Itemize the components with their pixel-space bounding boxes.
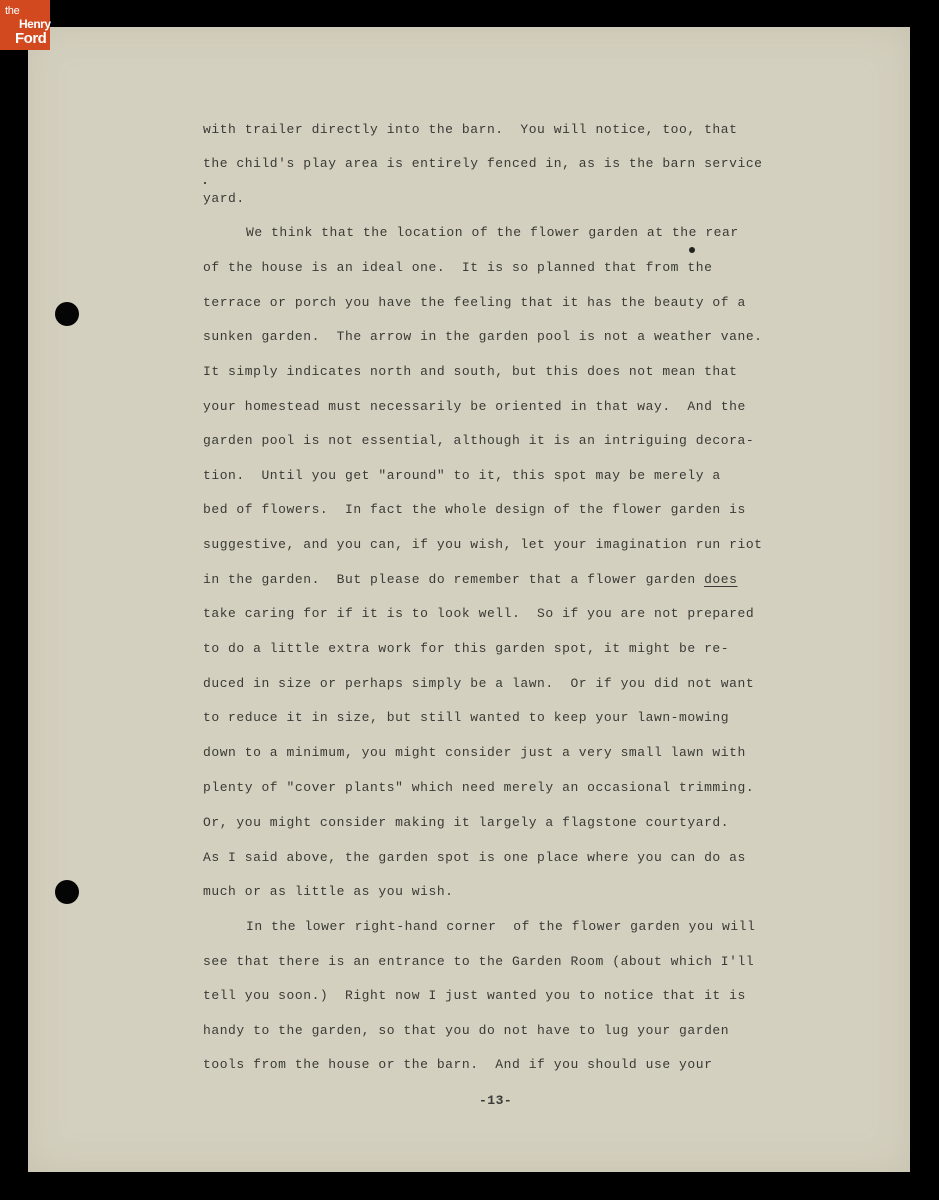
logo-text-henry: Henry — [19, 18, 51, 30]
text-line: with trailer directly into the barn. You… — [203, 122, 737, 138]
underlined-word: does — [704, 572, 737, 587]
text-line-with-underline: in the garden. But please do remember th… — [203, 572, 737, 588]
text-line: much or as little as you wish. — [203, 884, 454, 900]
text-line: take caring for if it is to look well. S… — [203, 606, 754, 622]
text-line: bed of flowers. In fact the whole design… — [203, 502, 746, 518]
text-line: your homestead must necessarily be orien… — [203, 399, 746, 415]
paragraph-start: In the lower right-hand corner of the fl… — [246, 919, 755, 935]
text-line: the child's play area is entirely fenced… — [203, 156, 763, 172]
text-line: garden pool is not essential, although i… — [203, 433, 754, 449]
text-line: It simply indicates north and south, but… — [203, 364, 737, 380]
paragraph-start: We think that the location of the flower… — [246, 225, 739, 241]
text-line: see that there is an entrance to the Gar… — [203, 954, 754, 970]
text-line: plenty of "cover plants" which need mere… — [203, 780, 754, 796]
text-segment: in the garden. But please do remember th… — [203, 572, 704, 587]
text-line: terrace or porch you have the feeling th… — [203, 295, 746, 311]
text-line: to do a little extra work for this garde… — [203, 641, 729, 657]
henry-ford-logo: the Henry Ford — [0, 0, 50, 50]
logo-text-ford: Ford — [15, 31, 46, 46]
text-line: Or, you might consider making it largely… — [203, 815, 729, 831]
page-number: -13- — [479, 1093, 512, 1108]
text-line: duced in size or perhaps simply be a law… — [203, 676, 754, 692]
text-line: As I said above, the garden spot is one … — [203, 850, 746, 866]
text-line: yard. — [203, 191, 245, 207]
document-body: with trailer directly into the barn. You… — [28, 27, 910, 1172]
text-line: tell you soon.) Right now I just wanted … — [203, 988, 746, 1004]
text-line: handy to the garden, so that you do not … — [203, 1023, 729, 1039]
text-line: tion. Until you get "around" to it, this… — [203, 468, 721, 484]
logo-text-the: the — [5, 6, 19, 17]
text-line: sunken garden. The arrow in the garden p… — [203, 329, 763, 345]
typewritten-page: with trailer directly into the barn. You… — [28, 27, 910, 1172]
text-line: tools from the house or the barn. And if… — [203, 1057, 712, 1073]
text-line: down to a minimum, you might consider ju… — [203, 745, 746, 761]
text-line: to reduce it in size, but still wanted t… — [203, 710, 729, 726]
text-line: suggestive, and you can, if you wish, le… — [203, 537, 763, 553]
text-line: of the house is an ideal one. It is so p… — [203, 260, 712, 276]
